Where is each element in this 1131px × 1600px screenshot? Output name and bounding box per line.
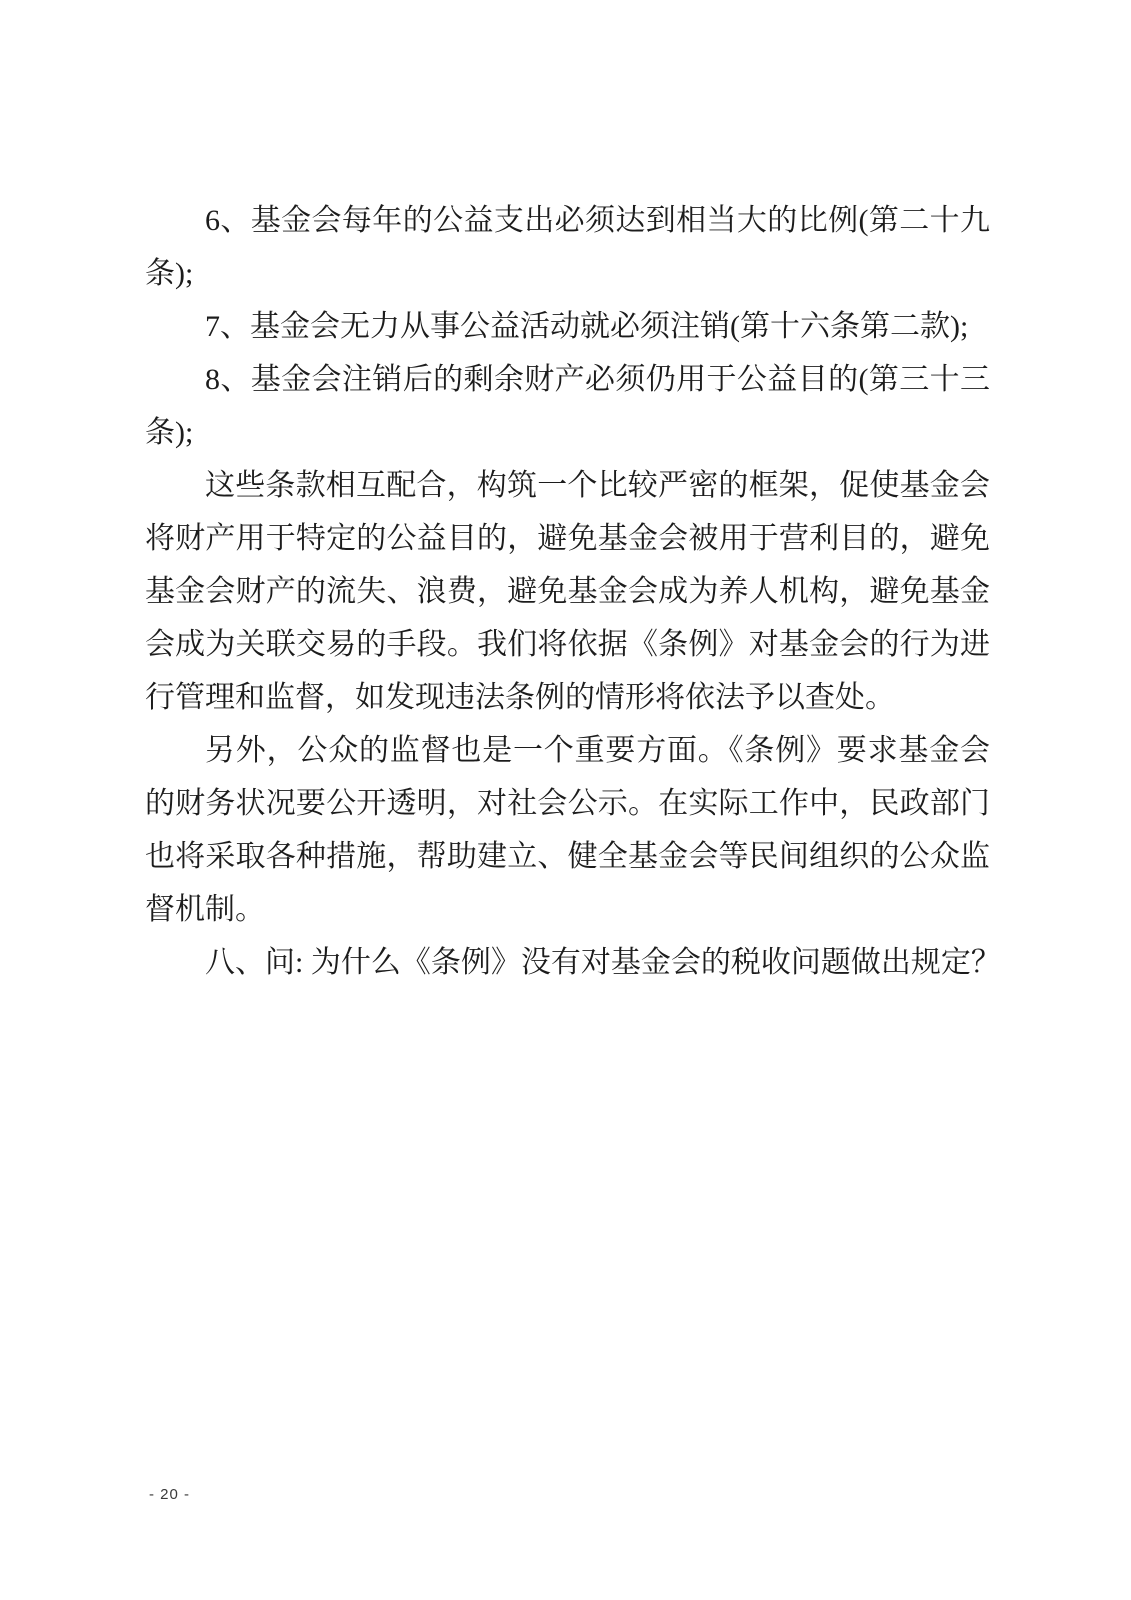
text-line: 另外，公众的监督也是一个重要方面。《条例》要求基金会: [145, 724, 990, 777]
text-line: 这些条款相互配合，构筑一个比较严密的框架，促使基金会: [145, 459, 990, 512]
text-line: 条);: [145, 247, 990, 300]
text-line: 也将采取各种措施，帮助建立、健全基金会等民间组织的公众监: [145, 830, 990, 883]
text-line: 会成为关联交易的手段。我们将依据《条例》对基金会的行为进: [145, 618, 990, 671]
text-line: 的财务状况要公开透明，对社会公示。在实际工作中，民政部门: [145, 777, 990, 830]
text-line: 7、基金会无力从事公益活动就必须注销(第十六条第二款);: [145, 300, 990, 353]
text-line: 督机制。: [145, 883, 990, 936]
text-line: 将财产用于特定的公益目的，避免基金会被用于营利目的，避免: [145, 512, 990, 565]
text-line: 6、基金会每年的公益支出必须达到相当大的比例(第二十九: [145, 194, 990, 247]
text-line: 行管理和监督，如发现违法条例的情形将依法予以查处。: [145, 671, 990, 724]
text-line: 基金会财产的流失、浪费，避免基金会成为养人机构，避免基金: [145, 565, 990, 618]
document-body: 6、基金会每年的公益支出必须达到相当大的比例(第二十九条);7、基金会无力从事公…: [145, 194, 990, 989]
page-number: - 20 -: [149, 1486, 190, 1503]
document-page: 6、基金会每年的公益支出必须达到相当大的比例(第二十九条);7、基金会无力从事公…: [0, 0, 1131, 1600]
text-line: 条);: [145, 406, 990, 459]
text-line: 八、问: 为什么《条例》没有对基金会的税收问题做出规定？: [145, 936, 990, 989]
text-line: 8、基金会注销后的剩余财产必须仍用于公益目的(第三十三: [145, 353, 990, 406]
